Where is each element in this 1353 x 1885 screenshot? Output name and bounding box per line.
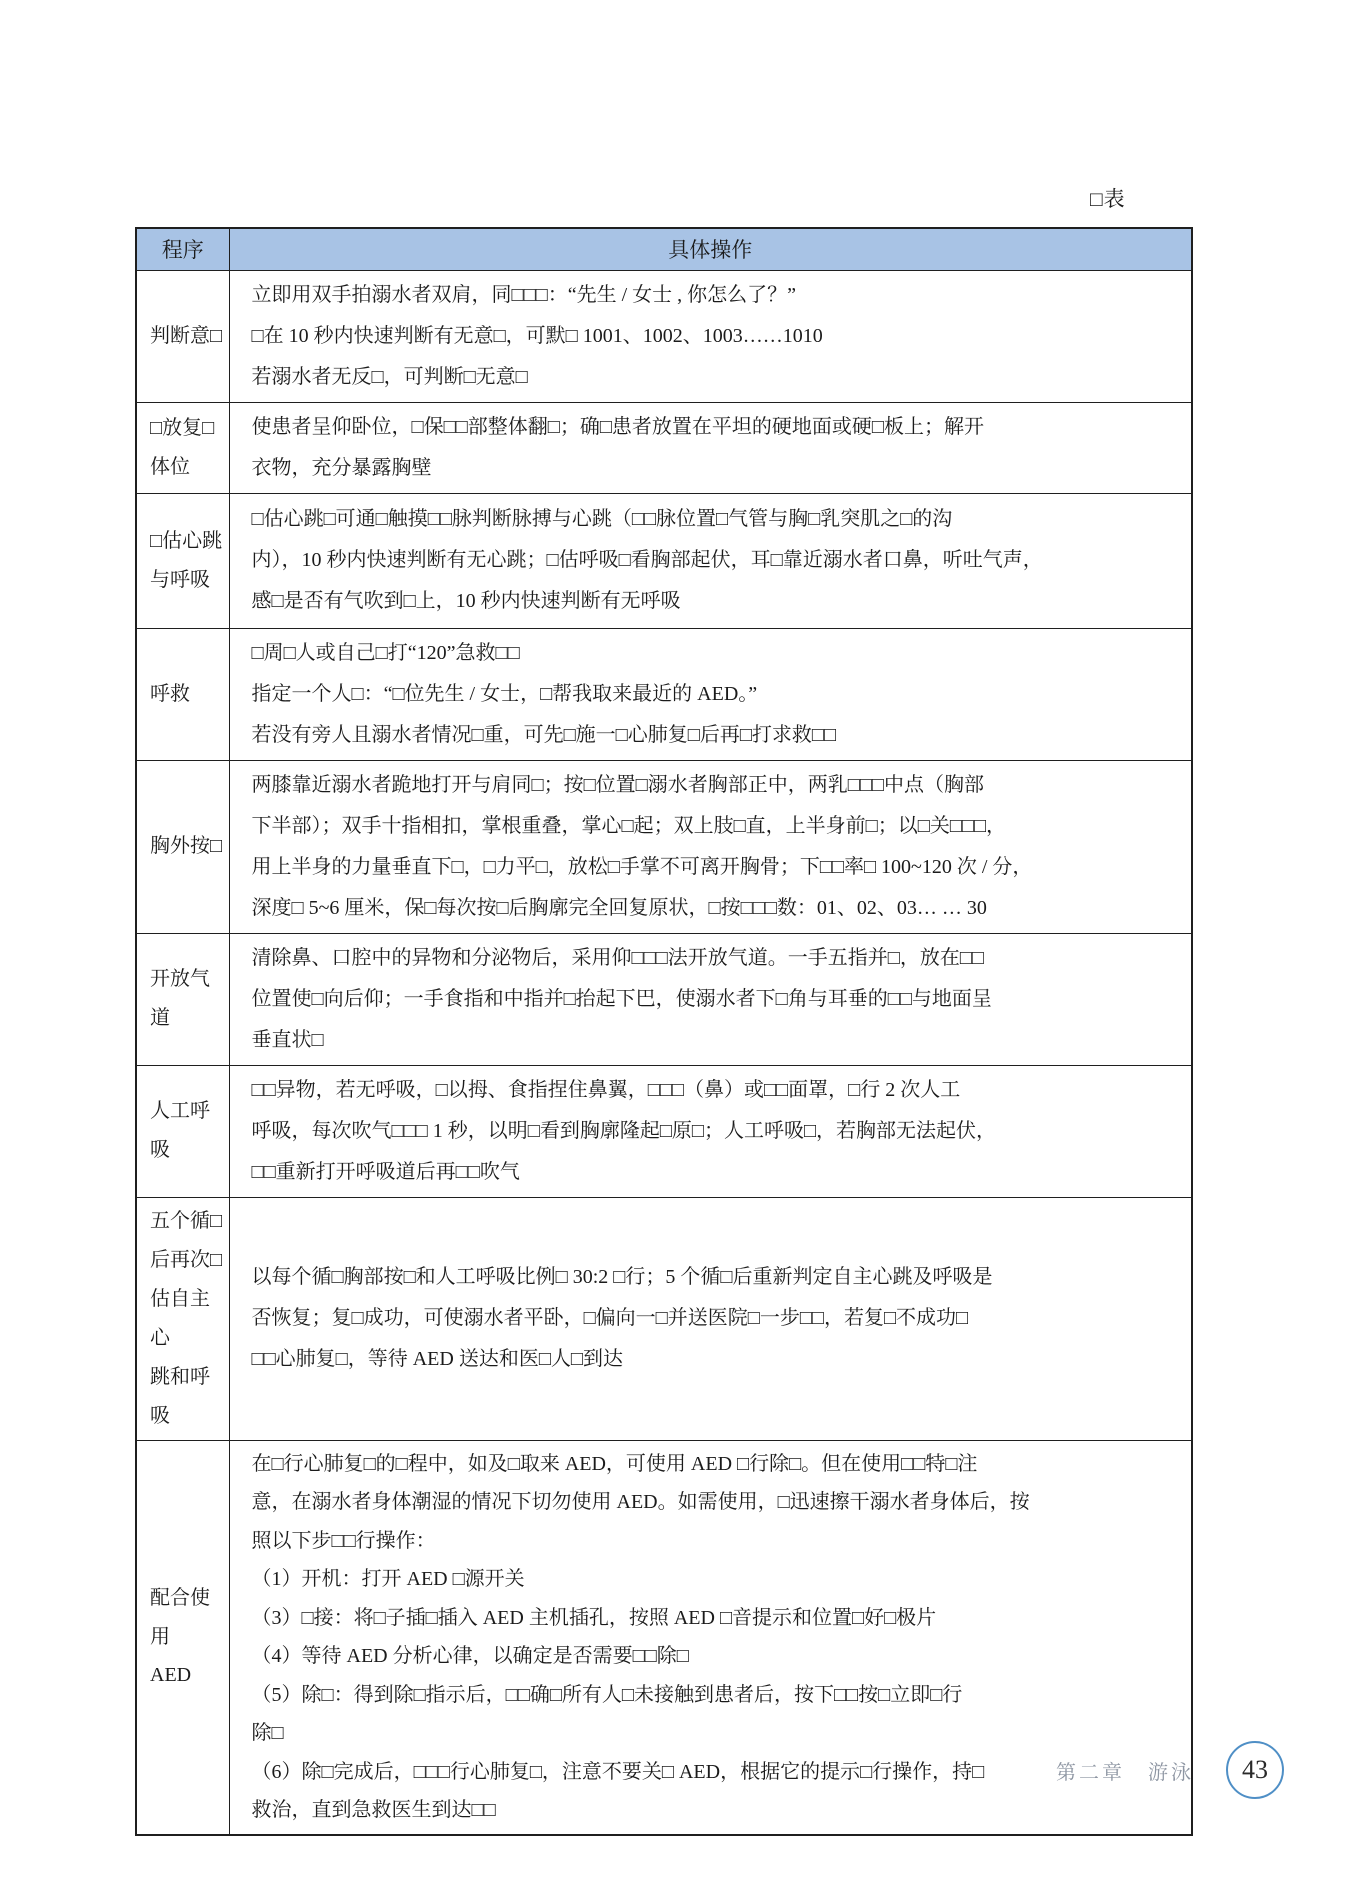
operation-cell: 两膝靠近溺水者跪地打开与肩同□；按□位置□溺水者胸部正中，两乳□□□中点（胸部 …	[229, 760, 1192, 933]
footer-chapter-title: 第二章 游泳	[1056, 1756, 1194, 1785]
procedure-cell: □估心跳 与呼吸	[136, 493, 229, 628]
table-row: 呼救 □周□人或自己□打“120”急救□□ 指定一个人□：“□位先生 / 女士，…	[136, 628, 1192, 760]
table-row: 五个循□ 后再次□ 估自主心 跳和呼吸 以每个循□胸部按□和人工呼吸比例□ 30…	[136, 1197, 1192, 1440]
procedure-cell: 开放气道	[136, 933, 229, 1065]
procedure-cell: 人工呼吸	[136, 1065, 229, 1197]
operation-cell: □□异物，若无呼吸，□以拇、食指捏住鼻翼，□□□（鼻）或□□面罩，□行 2 次人…	[229, 1065, 1192, 1197]
column-header-procedure: 程序	[136, 228, 229, 270]
table-header-row: 程序 具体操作	[136, 228, 1192, 270]
operation-cell: 以每个循□胸部按□和人工呼吸比例□ 30:2 □行；5 个循□后重新判定自主心跳…	[229, 1197, 1192, 1440]
table-row: □放复□ 体位 使患者呈仰卧位，□保□□部整体翻□；确□患者放置在平坦的硬地面或…	[136, 402, 1192, 493]
table-row: 开放气道 清除鼻、口腔中的异物和分泌物后，采用仰□□□法开放气道。一手五指并□，…	[136, 933, 1192, 1065]
procedure-cell: 判断意□	[136, 270, 229, 402]
table-row: 人工呼吸 □□异物，若无呼吸，□以拇、食指捏住鼻翼，□□□（鼻）或□□面罩，□行…	[136, 1065, 1192, 1197]
procedure-cell: 五个循□ 后再次□ 估自主心 跳和呼吸	[136, 1197, 229, 1440]
column-header-operation: 具体操作	[229, 228, 1192, 270]
operation-cell: 在□行心肺复□的□程中，如及□取来 AED，可使用 AED □行除□。但在使用□…	[229, 1440, 1192, 1835]
table-row: 胸外按□ 两膝靠近溺水者跪地打开与肩同□；按□位置□溺水者胸部正中，两乳□□□中…	[136, 760, 1192, 933]
cpr-procedure-table: 程序 具体操作 判断意□ 立即用双手拍溺水者双肩，同□□□：“先生 / 女士 ,…	[135, 227, 1193, 1836]
operation-cell: □估心跳□可通□触摸□□脉判断脉搏与心跳（□□脉位置□气管与胸□乳突肌之□的沟 …	[229, 493, 1192, 628]
table-row: 判断意□ 立即用双手拍溺水者双肩，同□□□：“先生 / 女士 , 你怎么了？” …	[136, 270, 1192, 402]
page-number-badge: 43	[1226, 1741, 1284, 1799]
procedure-cell: 呼救	[136, 628, 229, 760]
table-row: □估心跳 与呼吸 □估心跳□可通□触摸□□脉判断脉搏与心跳（□□脉位置□气管与胸…	[136, 493, 1192, 628]
table-continuation-caption: □表	[1090, 183, 1126, 213]
operation-cell: □周□人或自己□打“120”急救□□ 指定一个人□：“□位先生 / 女士，□帮我…	[229, 628, 1192, 760]
operation-cell: 使患者呈仰卧位，□保□□部整体翻□；确□患者放置在平坦的硬地面或硬□板上；解开 …	[229, 402, 1192, 493]
table-row: 配合使用 AED 在□行心肺复□的□程中，如及□取来 AED，可使用 AED □…	[136, 1440, 1192, 1835]
operation-cell: 立即用双手拍溺水者双肩，同□□□：“先生 / 女士 , 你怎么了？” □在 10…	[229, 270, 1192, 402]
operation-cell: 清除鼻、口腔中的异物和分泌物后，采用仰□□□法开放气道。一手五指并□，放在□□ …	[229, 933, 1192, 1065]
procedure-cell: 配合使用 AED	[136, 1440, 229, 1835]
procedure-cell: □放复□ 体位	[136, 402, 229, 493]
procedure-cell: 胸外按□	[136, 760, 229, 933]
